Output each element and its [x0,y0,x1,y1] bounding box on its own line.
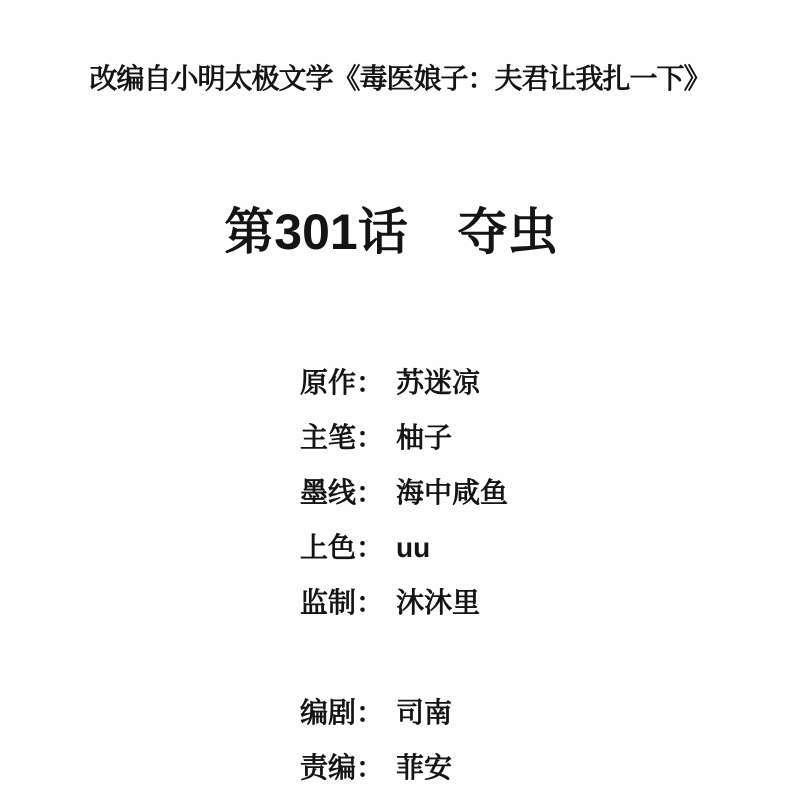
chapter-title: 第301话 夺虫 [0,201,800,263]
credit-separator: ： [356,697,384,728]
credit-row-supervisor: 监制：沐沐里 [300,575,508,630]
credit-separator: ： [356,752,384,783]
credits-gap [300,630,508,685]
adaptation-notice: 改编自小明太极文学《毒医娘子：夫君让我扎一下》 [0,59,800,99]
credit-value: 沐沐里 [396,587,480,618]
credit-label: 监制 [300,587,356,618]
credit-row-original-author: 原作：苏迷凉 [300,355,508,410]
credit-label: 原作 [300,367,356,398]
credit-row-lead-artist: 主笔：柚子 [300,410,508,465]
credit-label: 上色 [300,532,356,563]
credit-row-editor: 责编：菲安 [300,740,508,795]
credit-separator: ： [356,367,384,398]
credit-value: 海中咸鱼 [396,477,508,508]
credit-separator: ： [356,532,384,563]
credit-label: 编剧 [300,697,356,728]
credit-label: 墨线 [300,477,356,508]
credit-row-coloring: 上色：uu [300,520,508,575]
comic-credits-page: 改编自小明太极文学《毒医娘子：夫君让我扎一下》 第301话 夺虫 原作：苏迷凉 … [0,0,800,801]
credit-value: 柚子 [396,422,452,453]
credit-separator: ： [356,422,384,453]
credit-value: 菲安 [396,752,452,783]
credit-label: 责编 [300,752,356,783]
credit-separator: ： [356,587,384,618]
credit-label: 主笔 [300,422,356,453]
credit-value: 司南 [396,697,452,728]
credit-separator: ： [356,477,384,508]
credit-row-screenwriter: 编剧：司南 [300,685,508,740]
credit-value: 苏迷凉 [396,367,480,398]
credit-value: uu [396,532,430,563]
credits-block: 原作：苏迷凉 主笔：柚子 墨线：海中咸鱼 上色：uu 监制：沐沐里 编剧：司南 … [300,355,508,795]
credit-row-inking: 墨线：海中咸鱼 [300,465,508,520]
